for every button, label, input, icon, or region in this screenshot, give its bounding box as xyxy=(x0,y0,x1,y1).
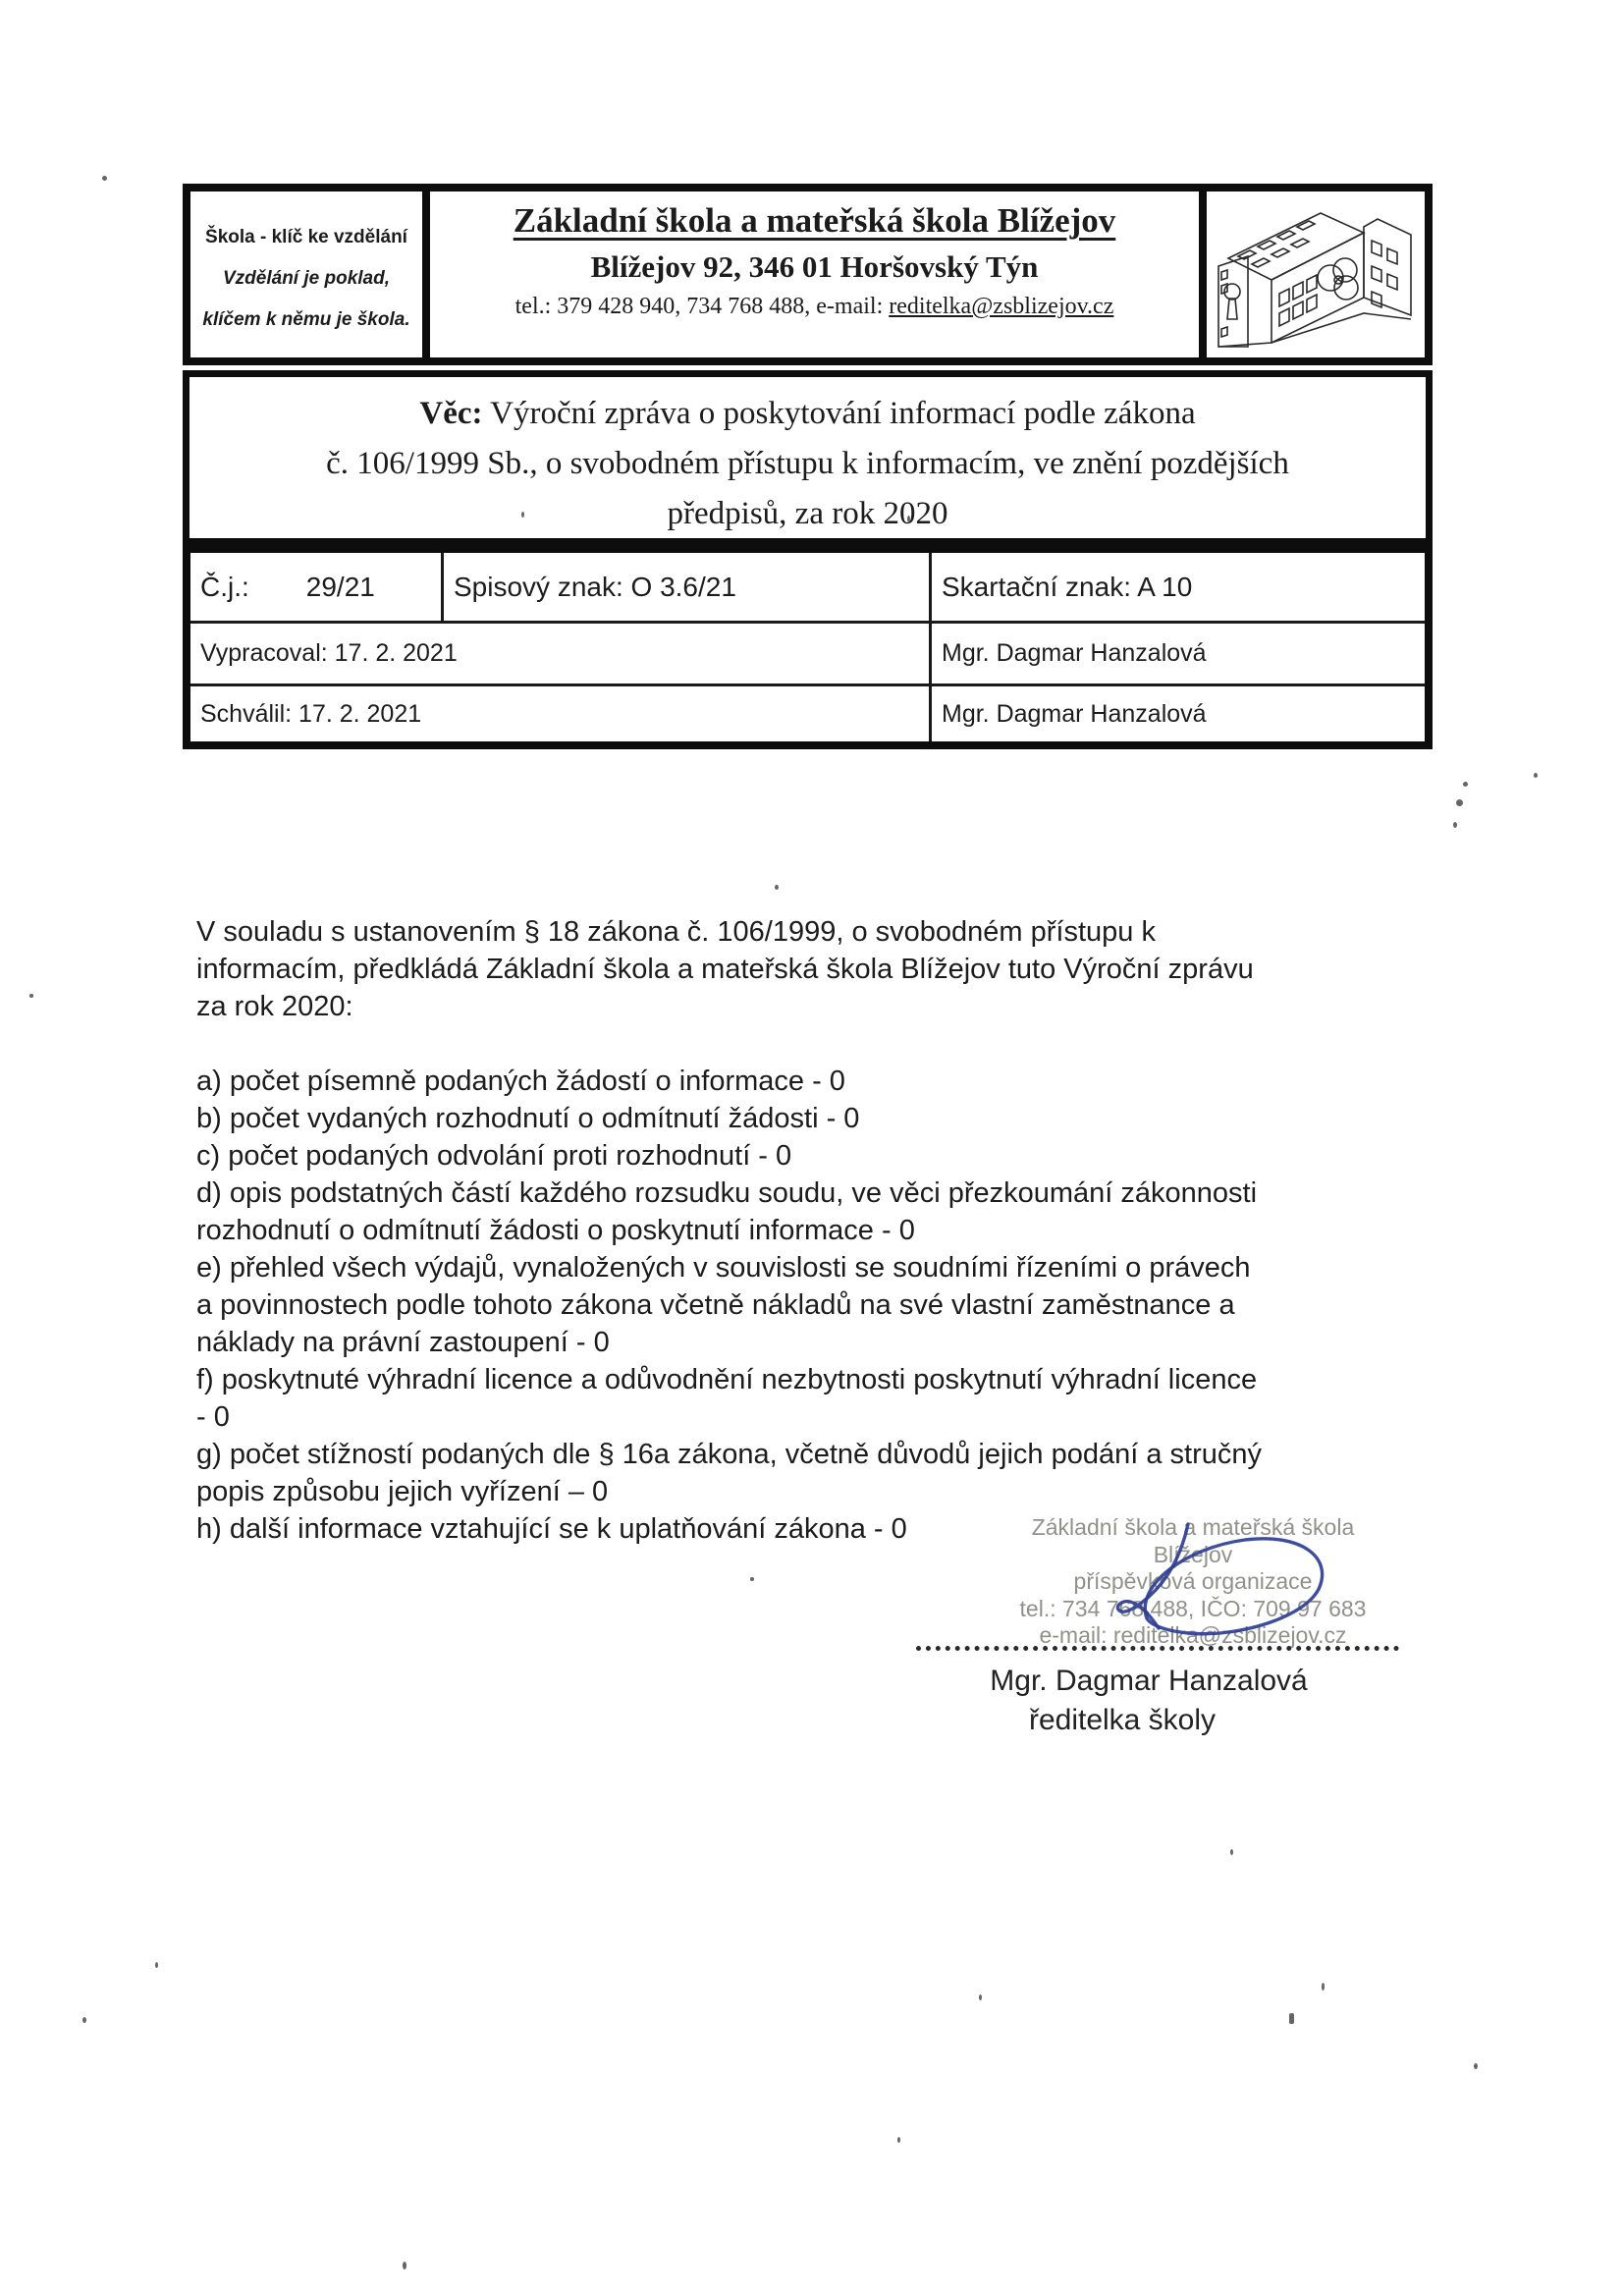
vypracoval-name-cell: Mgr. Dagmar Hanzalová xyxy=(929,624,1425,686)
scan-speck xyxy=(82,2017,86,2023)
report-item-line: a) počet písemně podaných žádostí o info… xyxy=(196,1063,1458,1100)
report-item-line: rozhodnutí o odmítnutí žádosti o poskytn… xyxy=(196,1212,1458,1249)
subject-label: Věc: xyxy=(419,396,482,431)
scan-speck xyxy=(1474,2063,1478,2069)
school-address: Blížejov 92, 346 01 Horšovský Týn xyxy=(430,249,1199,285)
scan-speck xyxy=(1230,1849,1233,1855)
letterhead-center: Základní škola a mateřská škola Blížejov… xyxy=(430,191,1199,357)
skartacni-znak-cell: Skartační znak: A 10 xyxy=(929,553,1425,624)
vypracoval-cell: Vypracoval: 17. 2. 2021 xyxy=(190,624,929,686)
email-link[interactable]: reditelka@zsblizejov.cz xyxy=(889,294,1113,319)
subject-line-2: č. 106/1999 Sb., o svobodném přístupu k … xyxy=(189,439,1426,489)
subject-line-1: Věc: Výroční zpráva o poskytování inform… xyxy=(189,389,1426,439)
report-item-line: - 0 xyxy=(196,1398,1458,1436)
report-item-line: f) poskytnuté výhradní licence a odůvodn… xyxy=(196,1361,1458,1398)
scan-speck xyxy=(1534,773,1538,778)
school-name: Základní škola a mateřská škola Blížejov xyxy=(430,201,1199,241)
scan-speck xyxy=(979,1995,982,2000)
scan-speck xyxy=(750,1577,754,1581)
report-item-line: náklady na právní zastoupení - 0 xyxy=(196,1324,1458,1361)
scan-speck xyxy=(907,516,910,522)
report-body: V souladu s ustanovením § 18 zákona č. 1… xyxy=(196,913,1458,1548)
school-motto: Škola - klíč ke vzdělání Vzdělání je pok… xyxy=(190,191,430,357)
report-item-line: popis způsobu jejich vyřízení – 0 xyxy=(196,1473,1458,1510)
cj-value: 29/21 xyxy=(306,572,375,603)
signer-name: Mgr. Dagmar Hanzalová xyxy=(938,1662,1360,1701)
scan-speck xyxy=(1456,799,1463,806)
signature-line xyxy=(916,1632,1399,1651)
letterhead: Škola - klíč ke vzdělání Vzdělání je pok… xyxy=(183,184,1433,365)
scan-speck xyxy=(1289,2013,1294,2024)
scanned-document-page: Škola - klíč ke vzdělání Vzdělání je pok… xyxy=(0,0,1623,2296)
school-contact: tel.: 379 428 940, 734 768 488, e-mail: … xyxy=(430,294,1199,320)
cj-cell: Č.j.: 29/21 xyxy=(190,553,441,624)
contact-text: tel.: 379 428 940, 734 768 488, e-mail: xyxy=(515,294,890,319)
report-item-line: c) počet podaných odvolání proti rozhodn… xyxy=(196,1137,1458,1175)
report-item-line: g) počet stížností podaných dle § 16a zá… xyxy=(196,1436,1458,1473)
report-items: a) počet písemně podaných žádostí o info… xyxy=(196,1063,1458,1548)
motto-line: Vzdělání je poklad, xyxy=(190,258,422,300)
school-building-illustration xyxy=(1199,191,1425,357)
scan-speck xyxy=(102,176,107,181)
subject-line-3: předpisů, za rok 2020 xyxy=(189,489,1426,539)
report-item-line: e) přehled všech výdajů, vynaložených v … xyxy=(196,1249,1458,1286)
report-item-line: a povinnostech podle tohoto zákona včetn… xyxy=(196,1286,1458,1324)
spisovy-znak-cell: Spisový znak: O 3.6/21 xyxy=(441,553,929,624)
intro-paragraph: V souladu s ustanovením § 18 zákona č. 1… xyxy=(196,913,1458,1025)
meta-table: Č.j.: 29/21 Spisový znak: O 3.6/21 Skart… xyxy=(183,545,1433,749)
scan-speck xyxy=(155,1962,158,1968)
motto-line: Škola - klíč ke vzdělání xyxy=(190,217,422,258)
schvalil-cell: Schválil: 17. 2. 2021 xyxy=(190,686,929,741)
scan-speck xyxy=(1453,822,1457,828)
schvalil-name-cell: Mgr. Dagmar Hanzalová xyxy=(929,686,1425,741)
scan-speck xyxy=(897,2137,900,2143)
signer-block: Mgr. Dagmar Hanzalová ředitelka školy xyxy=(938,1662,1360,1740)
scan-speck xyxy=(403,2262,406,2269)
report-item-line: d) opis podstatných částí každého rozsud… xyxy=(196,1175,1458,1212)
scan-speck xyxy=(775,885,779,890)
scan-speck xyxy=(1463,782,1468,787)
scan-speck xyxy=(29,994,33,998)
motto-line: klíčem k němu je škola. xyxy=(190,300,422,341)
subject-box: Věc: Výroční zpráva o poskytování inform… xyxy=(183,370,1433,545)
cj-label: Č.j.: xyxy=(200,572,249,603)
scan-speck xyxy=(1322,1983,1325,1991)
signer-role: ředitelka školy xyxy=(938,1701,1307,1740)
scan-speck xyxy=(521,512,524,518)
report-item-line: b) počet vydaných rozhodnutí o odmítnutí… xyxy=(196,1100,1458,1137)
school-building-icon xyxy=(1215,197,1417,353)
